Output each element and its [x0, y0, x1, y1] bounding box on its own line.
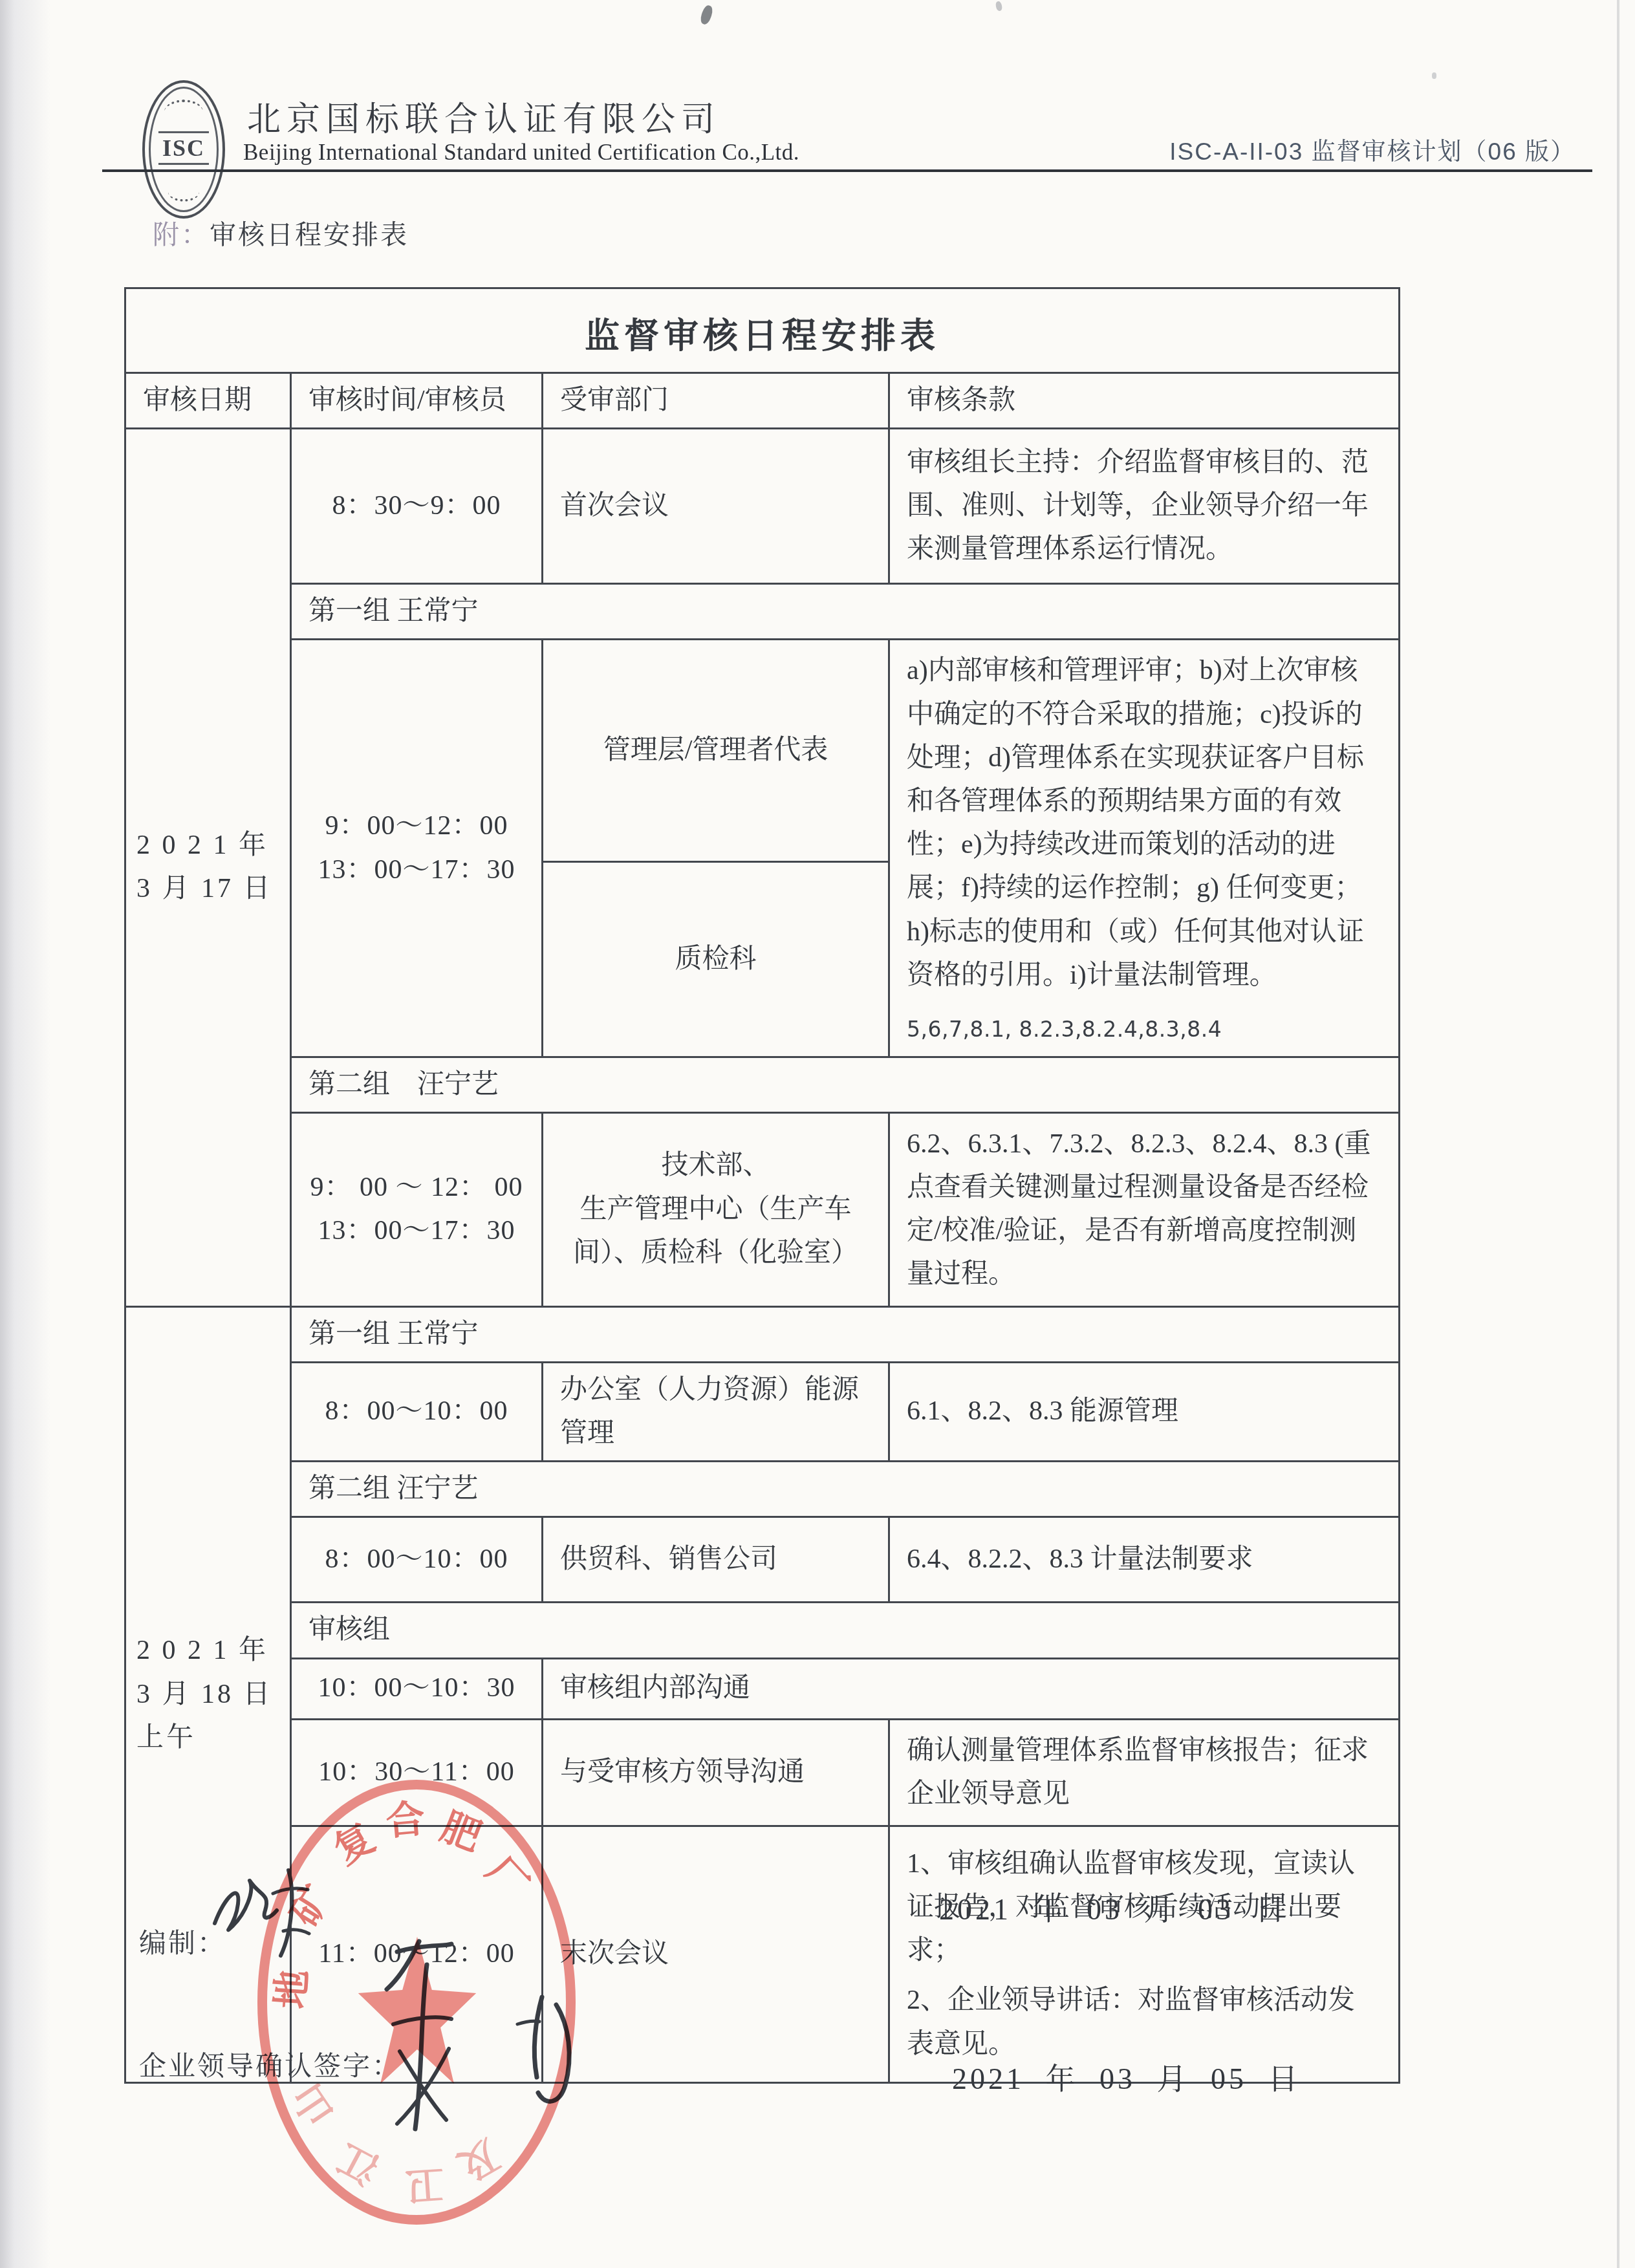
table-title: 监督审核日程安排表 [125, 288, 1400, 373]
dept-supply-sales: 供贸科、销售公司 [543, 1517, 889, 1603]
clause-line: 2、企业领导讲话：对监督审核活动发表意见。 [907, 1979, 1381, 2066]
dept-line: 技术部、 [560, 1144, 871, 1187]
group2-day1-label: 第二组 汪宁艺 [291, 1057, 1400, 1112]
dept-line: 生产管理中心（生产车 [560, 1188, 871, 1231]
clause-leader-communication: 确认测量管理体系监督审核报告；征求企业领导意见 [889, 1719, 1400, 1826]
time-line: 13：00～17：30 [298, 1209, 535, 1253]
company-stamp: 江山地矿复合肥厂及卫 [257, 1780, 576, 2225]
date-line: 3 月 18 日 [136, 1673, 286, 1716]
column-header-dept: 受审部门 [543, 373, 889, 429]
attachment-note: 附：审核日程安排表 [153, 213, 409, 252]
time-line: 13：00～17：30 [298, 848, 535, 892]
scan-smudge [699, 4, 715, 25]
time-internal-communication: 10：00～10：30 [291, 1658, 543, 1719]
clause-opening-meeting: 审核组长主持：介绍监督审核目的、范围、准则、计划等，企业领导介绍一年来测量管理体… [889, 429, 1400, 584]
column-header-clause: 审核条款 [889, 373, 1400, 429]
clause-mgmt-audit: a)内部审核和管理评审；b)对上次审核中确定的不符合采取的措施；c)投诉的处理；… [889, 640, 1400, 1057]
stamp-char: 卫 [404, 2163, 446, 2205]
date-line: 上午 [136, 1716, 286, 1760]
attachment-prefix: 附： [153, 220, 210, 250]
scan-edge-line [1617, 0, 1619, 2268]
dept-leader-communication: 与受审核方领导沟通 [543, 1719, 889, 1826]
clause-text: a)内部审核和管理评审；b)对上次审核中确定的不符合采取的措施；c)投诉的处理；… [907, 649, 1381, 997]
time-opening-meeting: 8：30～9：00 [291, 429, 543, 584]
column-header-time: 审核时间/审核员 [291, 373, 543, 429]
group2-day2-label: 第二组 汪宁艺 [291, 1462, 1400, 1517]
company-name-cn: 北京国标联合认证有限公司 [247, 92, 720, 140]
logo-arc-decoration [168, 182, 199, 202]
date-line: 2 0 2 1 年 [136, 824, 286, 867]
logo-isc-text: ISC [158, 131, 209, 165]
logo-arc-decoration [164, 100, 203, 124]
time-supply-audit: 8：00～10：00 [291, 1517, 543, 1603]
date-line: 2 0 2 1 年 [136, 1629, 286, 1672]
dept-internal-communication: 审核组内部沟通 [543, 1658, 1400, 1719]
stamp-char: 地 [271, 1968, 314, 2011]
leader-confirm-date: 2021 年 03 月 05 日 [952, 2055, 1301, 2098]
prepared-date: 2021 年 03 月 03 日 [939, 1886, 1288, 1928]
group1-day2-label: 第一组 王常宁 [291, 1306, 1400, 1362]
stamp-star-icon [356, 1934, 479, 2090]
stamp-char: 合 [384, 1798, 428, 1842]
dept-office-energy: 办公室（人力资源）能源管理 [543, 1362, 889, 1461]
dept-opening-meeting: 首次会议 [543, 429, 889, 584]
document-code: ISC-A-II-03 监督审核计划（06 版） [1169, 132, 1575, 167]
date-line: 3 月 17 日 [136, 867, 286, 911]
group1-day1-label: 第一组 王常宁 [291, 584, 1400, 640]
attachment-title: 审核日程安排表 [210, 220, 409, 250]
clause-refs: 5,6,7,8.1, 8.2.3,8.2.4,8.3,8.4 [907, 1013, 1381, 1047]
time-line: 9： 00 ～ 12： 00 [298, 1166, 535, 1209]
audit-date-day1: 2 0 2 1 年 3 月 17 日 [125, 429, 291, 1306]
scan-edge-shadow [0, 0, 50, 2268]
time-mgmt-audit: 9：00～12：00 13：00～17：30 [291, 640, 543, 1057]
dept-management: 管理层/管理者代表 [543, 640, 889, 862]
header-divider [102, 169, 1592, 172]
time-office-audit: 8：00～10：00 [291, 1362, 543, 1461]
time-tech-audit: 9： 00 ～ 12： 00 13：00～17：30 [291, 1112, 543, 1306]
scan-smudge [1432, 72, 1436, 79]
column-header-date: 审核日期 [125, 373, 291, 429]
company-name-en: Beijing International Standard united Ce… [243, 140, 799, 166]
time-line: 9：00～12：00 [298, 805, 535, 848]
clause-office-audit: 6.1、8.2、8.3 能源管理 [889, 1362, 1400, 1461]
dept-line: 间）、质检科（化验室） [560, 1231, 871, 1275]
scan-smudge [995, 1, 1003, 12]
dept-technical: 技术部、 生产管理中心（生产车 间）、质检科（化验室） [543, 1112, 889, 1306]
isc-logo: ISC [142, 80, 225, 219]
dept-quality-inspection: 质检科 [543, 862, 889, 1057]
clause-closing-meeting: 1、审核组确认监督审核发现，宣读认证报告，对监督审核后续活动提出要求； 2、企业… [889, 1826, 1400, 2082]
clause-tech-audit: 6.2、6.3.1、7.3.2、8.2.3、8.2.4、8.3 (重点查看关键测… [889, 1112, 1400, 1306]
audit-team-label: 审核组 [291, 1603, 1400, 1658]
clause-supply-audit: 6.4、8.2.2、8.3 计量法制要求 [889, 1517, 1400, 1603]
